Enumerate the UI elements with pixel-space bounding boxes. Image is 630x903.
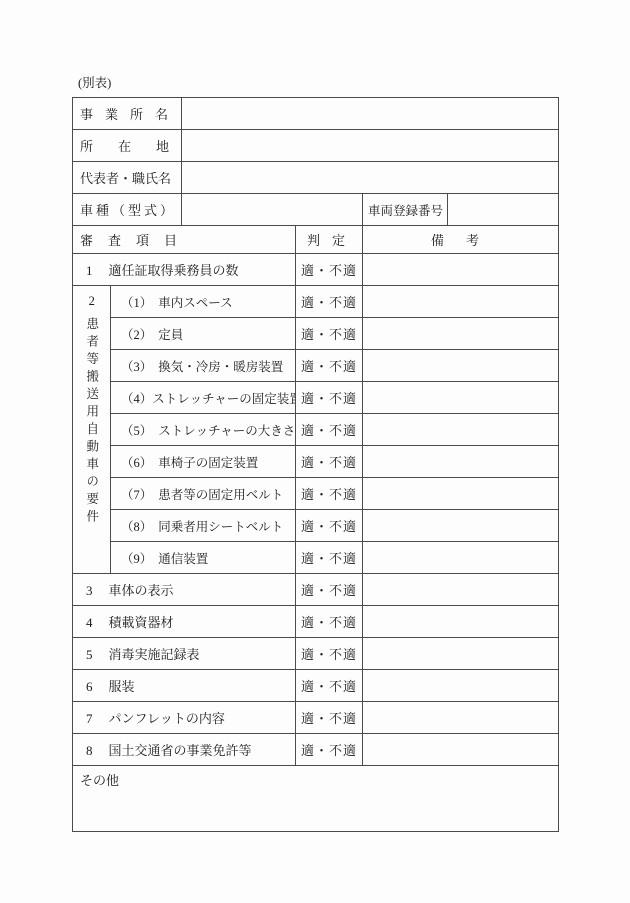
sub-item-number: （1）: [121, 296, 152, 310]
judgment-cell: 適・不適: [296, 254, 363, 286]
sub-item-row-9: （9）通信装置 適・不適: [73, 542, 559, 574]
office-name-value: [182, 98, 559, 130]
judgment-cell: 適・不適: [296, 382, 363, 414]
header-item: 審査項目: [73, 226, 296, 254]
sub-item-number: （8）: [121, 520, 152, 534]
item-label: 3車体の表示: [73, 574, 296, 606]
remarks-cell: [363, 382, 559, 414]
judgment-cell: 適・不適: [296, 574, 363, 606]
item-number: 8: [86, 743, 93, 758]
judgment-cell: 適・不適: [296, 734, 363, 766]
item-number: 7: [86, 711, 93, 726]
remarks-cell: [363, 286, 559, 318]
table-header-row: 審査項目 判定 備考: [73, 226, 559, 254]
sub-item-label: （9）通信装置: [111, 542, 296, 574]
sub-item-number: （4）: [121, 392, 152, 406]
remarks-cell: [363, 350, 559, 382]
sub-item-row-7: （7）患者等の固定用ベルト 適・不適: [73, 478, 559, 510]
remarks-cell: [363, 446, 559, 478]
sub-item-number: （9）: [121, 552, 152, 566]
sub-item-text: 車椅子の固定装置: [158, 456, 258, 470]
sub-item-row-1: 2患者等搬送用自動車の要件 （1）車内スペース 適・不適: [73, 286, 559, 318]
group2-number: 2: [85, 294, 99, 313]
item-number: 5: [86, 647, 93, 662]
judgment-cell: 適・不適: [296, 638, 363, 670]
sub-item-text: ストレッチャーの固定装置: [152, 392, 295, 406]
sub-item-row-4: （4）ストレッチャーの固定装置 適・不適: [73, 382, 559, 414]
item-text: 積載資器材: [109, 615, 174, 630]
sub-item-number: （5）: [121, 424, 152, 438]
group2-text: 患者等搬送用自動車の要件: [85, 317, 99, 527]
remarks-cell: [363, 734, 559, 766]
item-label: 5消毒実施記録表: [73, 638, 296, 670]
remarks-cell: [363, 670, 559, 702]
remarks-cell: [363, 542, 559, 574]
sub-item-row-3: （3）換気・冷房・暖房装置 適・不適: [73, 350, 559, 382]
item-row-6: 6服装 適・不適: [73, 670, 559, 702]
item-text: 国土交通省の事業免許等: [109, 743, 252, 758]
item-text: 服装: [109, 679, 135, 694]
judgment-cell: 適・不適: [296, 670, 363, 702]
address-value: [182, 130, 559, 162]
sub-item-label: （4）ストレッチャーの固定装置: [111, 382, 296, 414]
item-label: 8国土交通省の事業免許等: [73, 734, 296, 766]
judgment-cell: 適・不適: [296, 606, 363, 638]
item-row-3: 3車体の表示 適・不適: [73, 574, 559, 606]
appendix-note: (別表): [78, 73, 111, 91]
form-page: (別表) 事業所名 所在地 代表者・職氏名 車種（型式） 車両登録番号: [0, 0, 630, 903]
sub-item-text: 車内スペース: [158, 296, 232, 310]
sub-item-label: （1）車内スペース: [111, 286, 296, 318]
address-label: 所在地: [73, 130, 182, 162]
item-row-8: 8国土交通省の事業免許等 適・不適: [73, 734, 559, 766]
judgment-cell: 適・不適: [296, 318, 363, 350]
remarks-cell: [363, 702, 559, 734]
vehicle-row: 車種（型式） 車両登録番号: [73, 194, 559, 226]
header-judgment: 判定: [296, 226, 363, 254]
sub-item-text: 通信装置: [158, 552, 208, 566]
item-row-7: 7パンフレットの内容 適・不適: [73, 702, 559, 734]
judgment-cell: 適・不適: [296, 478, 363, 510]
sub-item-label: （2）定員: [111, 318, 296, 350]
remarks-cell: [363, 478, 559, 510]
representative-label: 代表者・職氏名: [73, 162, 182, 194]
judgment-cell: 適・不適: [296, 286, 363, 318]
item-label: 1適任証取得乗務員の数: [73, 254, 296, 286]
sub-item-text: 換気・冷房・暖房装置: [158, 360, 283, 374]
judgment-cell: 適・不適: [296, 702, 363, 734]
sub-item-number: （2）: [121, 328, 152, 342]
sub-item-label: （8）同乗者用シートベルト: [111, 510, 296, 542]
remarks-cell: [363, 606, 559, 638]
representative-row: 代表者・職氏名: [73, 162, 559, 194]
sub-item-number: （6）: [121, 456, 152, 470]
sub-item-row-6: （6）車椅子の固定装置 適・不適: [73, 446, 559, 478]
remarks-cell: [363, 638, 559, 670]
sub-item-label: （5）ストレッチャーの大きさ: [111, 414, 296, 446]
item-text: 消毒実施記録表: [109, 647, 200, 662]
office-name-row: 事業所名: [73, 98, 559, 130]
sub-item-number: （3）: [121, 360, 152, 374]
header-remarks: 備考: [363, 226, 559, 254]
item-row-5: 5消毒実施記録表 適・不適: [73, 638, 559, 670]
item-row-4: 4積載資器材 適・不適: [73, 606, 559, 638]
sub-item-text: 定員: [158, 328, 183, 342]
sub-item-row-5: （5）ストレッチャーの大きさ 適・不適: [73, 414, 559, 446]
other-row: その他: [73, 766, 559, 832]
remarks-cell: [363, 574, 559, 606]
item-text: 車体の表示: [109, 583, 174, 598]
remarks-cell: [363, 510, 559, 542]
item-number: 1: [86, 263, 93, 278]
registration-number-value: [448, 194, 559, 226]
judgment-cell: 適・不適: [296, 414, 363, 446]
item-text: パンフレットの内容: [109, 711, 225, 726]
sub-item-label: （3）換気・冷房・暖房装置: [111, 350, 296, 382]
remarks-cell: [363, 414, 559, 446]
item-number: 6: [86, 679, 93, 694]
sub-item-text: 患者等の固定用ベルト: [158, 488, 283, 502]
judgment-cell: 適・不適: [296, 350, 363, 382]
item-label: 6服装: [73, 670, 296, 702]
office-name-label: 事業所名: [73, 98, 182, 130]
inspection-table: 事業所名 所在地 代表者・職氏名 車種（型式） 車両登録番号 審査項目 判定: [72, 97, 559, 832]
judgment-cell: 適・不適: [296, 542, 363, 574]
sub-item-number: （7）: [121, 488, 152, 502]
remarks-cell: [363, 254, 559, 286]
representative-value: [182, 162, 559, 194]
registration-number-label: 車両登録番号: [363, 194, 448, 226]
group2-vertical-label: 2患者等搬送用自動車の要件: [73, 286, 111, 574]
item-row-1: 1適任証取得乗務員の数 適・不適: [73, 254, 559, 286]
sub-item-label: （6）車椅子の固定装置: [111, 446, 296, 478]
vehicle-type-label: 車種（型式）: [73, 194, 182, 226]
address-row: 所在地: [73, 130, 559, 162]
sub-item-row-2: （2）定員 適・不適: [73, 318, 559, 350]
sub-item-row-8: （8）同乗者用シートベルト 適・不適: [73, 510, 559, 542]
vehicle-type-value: [182, 194, 363, 226]
item-number: 4: [86, 615, 93, 630]
item-text: 適任証取得乗務員の数: [109, 263, 239, 278]
other-label: その他: [73, 766, 559, 832]
item-label: 7パンフレットの内容: [73, 702, 296, 734]
judgment-cell: 適・不適: [296, 446, 363, 478]
item-label: 4積載資器材: [73, 606, 296, 638]
item-number: 3: [86, 583, 93, 598]
sub-item-text: ストレッチャーの大きさ: [158, 424, 295, 438]
remarks-cell: [363, 318, 559, 350]
sub-item-label: （7）患者等の固定用ベルト: [111, 478, 296, 510]
judgment-cell: 適・不適: [296, 510, 363, 542]
sub-item-text: 同乗者用シートベルト: [158, 520, 283, 534]
